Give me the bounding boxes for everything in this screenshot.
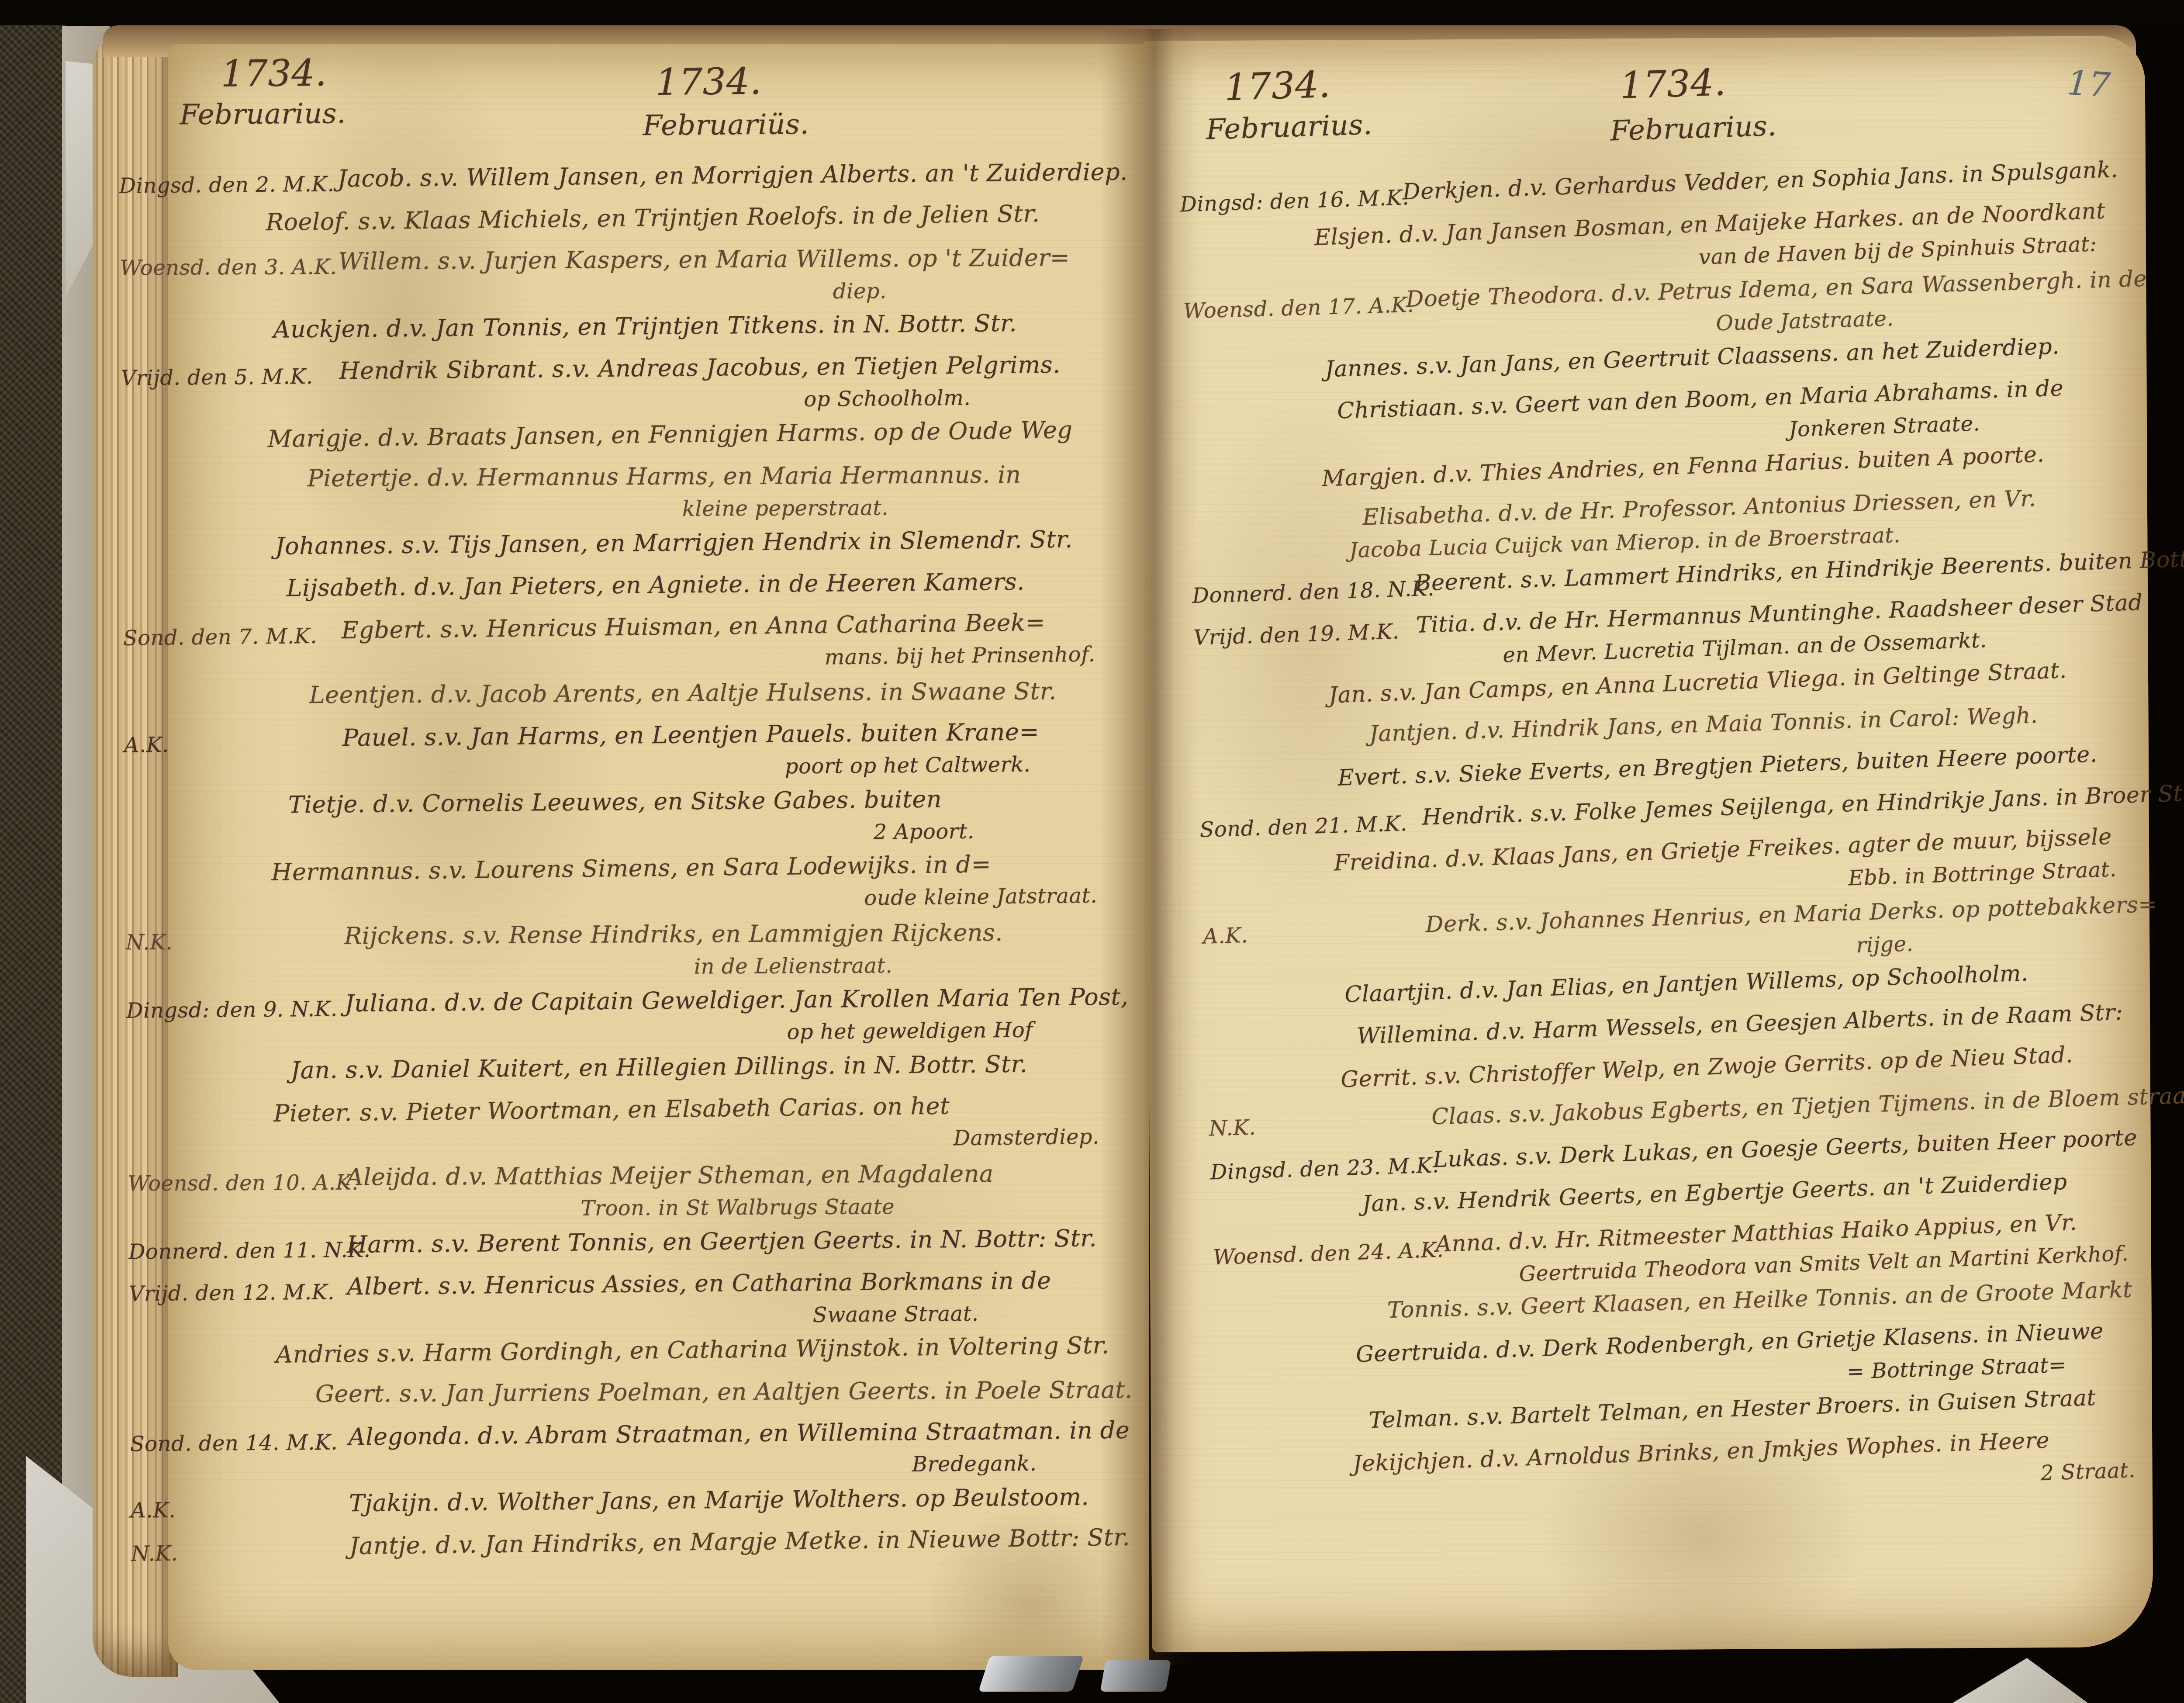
entry-date-lead: N.K. — [126, 921, 173, 964]
entry-date-lead: Sond. den 14. M.K. — [130, 1421, 338, 1465]
entry-date-lead: N.K. — [131, 1533, 178, 1575]
backdrop-top — [0, 0, 2184, 25]
left-page-month-heading-center: Februariüs. — [643, 108, 809, 142]
left-page-year-heading-center: 1734. — [655, 60, 762, 104]
entry-text: Roelof. s.v. Klaas Michiels, en Trijntje… — [266, 193, 1040, 243]
entry-text: Rijckens. s.v. Rense Hindriks, en Lammig… — [344, 912, 1003, 957]
right-page-month-heading: Februarius. — [1206, 109, 1373, 146]
register-entry: Vrijd. den 5. M.K.Hendrik Sibrant. s.v. … — [158, 343, 1158, 418]
entry-text: Marigje. d.v. Braats Jansen, en Fennigje… — [267, 409, 1073, 460]
register-entry: Woensd. den 3. A.K.Willem. s.v. Jurjen K… — [157, 236, 1158, 308]
entry-date-lead: Vrijd. den 12. M.K. — [128, 1271, 335, 1315]
right-page-entries: Dingsd: den 16. M.K.Derkjen. d.v. Gerhar… — [1203, 148, 2184, 1512]
right-page-text: 1734. Februarius. 1734. Februarius. Ding… — [1199, 16, 2184, 1512]
entry-text: Lijsabeth. d.v. Jan Pieters, en Agniete.… — [286, 561, 1025, 609]
entry-date-lead: Woensd. den 10. A.K. — [128, 1162, 359, 1205]
register-entry: Hermannus. s.v. Lourens Simens, en Sara … — [162, 841, 1163, 919]
entry-date-lead: Sond. den 7. M.K. — [123, 615, 317, 659]
entry-text: Jantje. d.v. Jan Hindriks, en Margje Met… — [349, 1516, 1130, 1567]
register-entry: A.K.Pauel. s.v. Jan Harms, en Leentjen P… — [161, 710, 1161, 785]
left-page-month-heading: Februarius. — [180, 97, 346, 131]
register-entry: Sond. den 14. M.K.Alegonda. d.v. Abram S… — [167, 1409, 1168, 1484]
entry-text: Auckjen. d.v. Jan Tonnis, en Trijntjen T… — [273, 302, 1017, 351]
right-page-year-heading: 1734. — [1223, 63, 1331, 109]
entry-text: Tietje. d.v. Cornelis Leeuwes, en Sitske… — [288, 778, 942, 826]
entry-date-lead: Woensd. den 17. A.K. — [1183, 284, 1415, 332]
entry-text: Andries s.v. Harm Gordingh, en Catharina… — [276, 1324, 1109, 1376]
register-entry: Geert. s.v. Jan Jurriens Poelman, en Aal… — [167, 1369, 1167, 1416]
entry-date-lead: Dingsd. den 2. M.K. — [119, 163, 335, 207]
entry-text: Pieter. s.v. Pieter Woortman, en Elsabet… — [273, 1085, 950, 1135]
entry-date-lead: Vrijd. den 5. M.K. — [121, 356, 313, 399]
entry-text: Geert. s.v. Jan Jurriens Poelman, en Aal… — [315, 1369, 1133, 1415]
entry-text: Leentjen. d.v. Jacob Arents, en Aaltje H… — [309, 670, 1057, 716]
entry-date-lead: Dingsd: den 9. N.K. — [126, 988, 338, 1031]
book-photo: 1734. Februarius. 1734. Februariüs. Ding… — [0, 0, 2184, 1703]
book-cover-edge — [0, 0, 66, 1703]
left-page-entries: Dingsd. den 2. M.K.Jacob. s.v. Willem Ja… — [156, 151, 1168, 1568]
entry-text: Jacob. s.v. Willem Jansen, en Morrigjen … — [337, 151, 1128, 200]
cloth-corner-bottom-right — [1952, 1658, 2088, 1703]
left-page-text: 1734. Februarius. 1734. Februariüs. Ding… — [155, 42, 1168, 1568]
entry-date-lead: A.K. — [124, 724, 169, 766]
right-page-year-heading-center: 1734. — [1619, 61, 1727, 107]
entry-text: Aleijda. d.v. Matthias Meijer Stheman, e… — [346, 1153, 994, 1198]
register-entry: N.K.Rijckens. s.v. Rense Hindriks, en La… — [163, 911, 1164, 983]
entry-text: Harm. s.v. Berent Tonnis, en Geertjen Ge… — [346, 1217, 1097, 1266]
folio-number: 17 — [2066, 63, 2111, 106]
entry-date-lead: A.K. — [1203, 914, 1249, 958]
register-entry: Pietertje. d.v. Hermannus Harms, en Mari… — [159, 453, 1159, 525]
register-entry: Woensd. den 10. A.K.Aleijda. d.v. Matthi… — [165, 1152, 1165, 1224]
book-clasp — [1100, 1660, 1171, 1692]
entry-text: Johannes. s.v. Tijs Jansen, en Marrigjen… — [275, 519, 1073, 568]
entry-date-lead: A.K. — [131, 1489, 176, 1532]
entry-text: Pietertje. d.v. Hermannus Harms, en Mari… — [307, 454, 1021, 500]
entry-date-lead: Woensd. den 3. A.K. — [120, 246, 337, 289]
register-entry: Sond. den 7. M.K.Egbert. s.v. Henricus H… — [160, 600, 1161, 678]
book-clasp — [978, 1656, 1084, 1692]
left-page-year-heading: 1734. — [221, 52, 327, 95]
entry-text: Willem. s.v. Jurjen Kaspers, en Maria Wi… — [338, 237, 1070, 283]
register-entry: Tietje. d.v. Cornelis Leeuwes, en Sitske… — [162, 776, 1162, 851]
entry-text: Tjakijn. d.v. Wolther Jans, en Marije Wo… — [349, 1476, 1089, 1524]
right-page-month-heading-center: Februarius. — [1610, 110, 1777, 148]
entry-date-lead: N.K. — [1208, 1107, 1256, 1150]
entry-text: Jan. s.v. Daniel Kuitert, en Hillegien D… — [290, 1043, 1028, 1092]
register-entry: Dingsd: den 9. N.K.Juliana. d.v. de Capi… — [163, 976, 1164, 1051]
entry-date-lead: Woensd. den 24. A.K. — [1212, 1229, 1444, 1278]
entry-date-lead: Vrijd. den 19. M.K. — [1193, 610, 1400, 659]
register-entry: Pieter. s.v. Pieter Woortman, en Elsabet… — [164, 1083, 1165, 1160]
register-entry: Vrijd. den 12. M.K.Albert. s.v. Henricus… — [166, 1259, 1166, 1334]
register-entry: Leentjen. d.v. Jacob Arents, en Aaltje H… — [161, 670, 1161, 717]
